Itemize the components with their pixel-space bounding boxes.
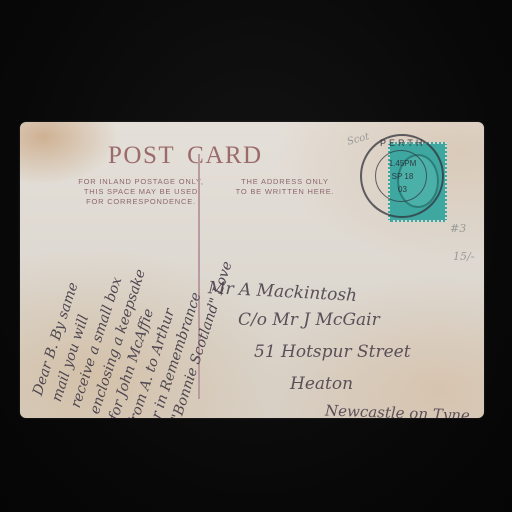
pencil-note: #3 [450, 222, 466, 235]
handwritten-message: Dear B. By same mail you will receive a … [28, 154, 257, 418]
postmark-year: 03 [385, 185, 420, 194]
address-line: 51 Hotspur Street [254, 342, 411, 362]
postmark-town: PERTH [380, 138, 420, 148]
postmark-date: SP 18 [385, 172, 420, 181]
pencil-note: Scot [346, 131, 371, 147]
address-line: Newcastle on Tyne [325, 401, 470, 418]
address-line: C/o Mr J McGair [238, 310, 380, 330]
postcard: POSTCARD For Inland Postage only, This s… [20, 122, 484, 418]
address-line: Heaton [290, 374, 353, 394]
address-note: The Address only to be written here. [220, 177, 350, 197]
pencil-note: 15/- [453, 250, 474, 263]
postmark-time: 1.45PM [385, 159, 420, 168]
